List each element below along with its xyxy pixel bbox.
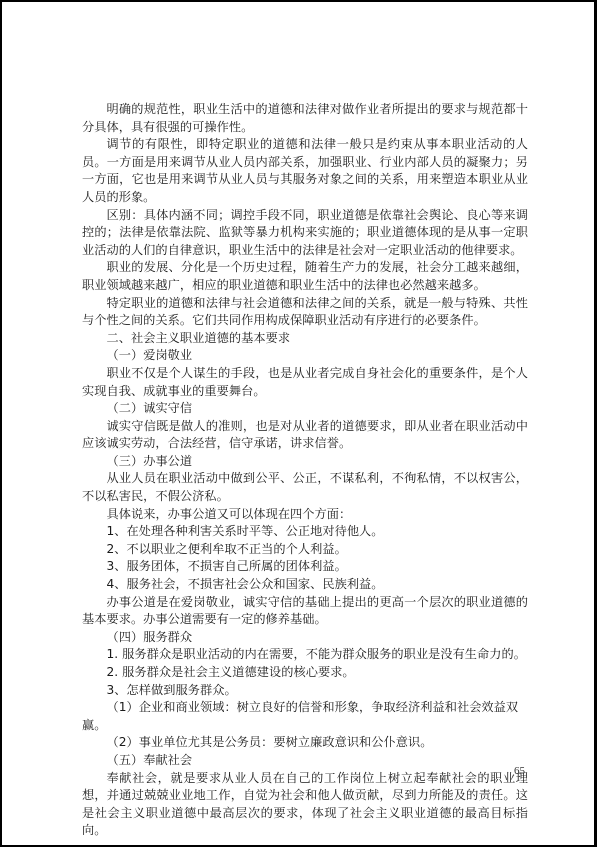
paragraph-explicit-norms: 明确的规范性，职业生活中的道德和法律对做作业者所提出的要求与规范都十分具体，具有… [82,101,528,136]
paragraph-fairness-aspects: 具体说来，办事公道又可以体现在四个方面： [82,506,528,524]
list-item: 3、服务团体，不损害自己所属的团体利益。 [82,558,528,576]
paragraph-limited-regulation: 调节的有限性，即特定职业的道德和法律一般只是约束从事本职业活动的人员。一方面是用… [82,136,528,206]
list-item: 3、怎样做到服务群众。 [82,682,528,700]
list-item: 1. 服务群众是职业活动的内在需要，不能为群众服务的职业是没有生命力的。 [82,646,528,664]
paragraph-fairness-summary: 办事公道是在爱岗敬业，诚实守信的基础上提出的更高一个层次的职业道德的基本要求。办… [82,594,528,629]
list-item: （2）事业单位尤其是公务员：要树立廉政意识和公仆意识。 [82,734,528,752]
list-item: 1、在处理各种利害关系时平等、公正地对待他人。 [82,523,528,541]
page-body: 明确的规范性，职业生活中的道德和法律对做作业者所提出的要求与规范都十分具体，具有… [82,101,528,840]
page-frame: 明确的规范性，职业生活中的道德和法律对做作业者所提出的要求与规范都十分具体，具有… [0,0,597,847]
page-number: 65 [514,765,525,777]
list-item: （1）企业和商业领域：树立良好的信誉和形象，争取经济利益和社会效益双赢。 [82,699,528,734]
subheading-honesty: （二）诚实守信 [82,400,528,418]
list-item: 2. 服务群众是社会主义道德建设的核心要求。 [82,664,528,682]
paragraph-development: 职业的发展、分化是一个历史过程，随着生产力的发展，社会分工越来越细，职业领域越来… [82,259,528,294]
list-item: 4、服务社会，不损害社会公众和国家、民族利益。 [82,576,528,594]
paragraph-relationship: 特定职业的道德和法律与社会道德和法律之间的关系，就是一般与特殊、共性与个性之间的… [82,295,528,330]
paragraph-differences: 区别：具体内涵不同；调控手段不同，职业道德是依靠社会舆论、良心等来调控的；法律是… [82,207,528,260]
paragraph-fairness: 从业人员在职业活动中做到公平、公正，不谋私利，不徇私情，不以权害公，不以私害民，… [82,470,528,505]
paragraph-honesty: 诚实守信既是做人的准则，也是对从业者的道德要求，即从业者在职业活动中应该诚实劳动… [82,418,528,453]
subheading-fairness: （三）办事公道 [82,453,528,471]
paragraph-love-work: 职业不仅是个人谋生的手段，也是从业者完成自身社会化的重要条件，是个人实现自我、成… [82,365,528,400]
list-item: 2、不以职业之便利牟取不正当的个人利益。 [82,541,528,559]
subheading-love-work: （一）爱岗敬业 [82,347,528,365]
subheading-serve-public: （四）服务群众 [82,629,528,647]
subheading-dedication: （五）奉献社会 [82,752,528,770]
section-heading: 二、社会主义职业道德的基本要求 [82,330,528,348]
paragraph-dedication: 奉献社会，就是要求从业人员在自己的工作岗位上树立起奉献社会的职业理想，并通过兢兢… [82,770,528,840]
